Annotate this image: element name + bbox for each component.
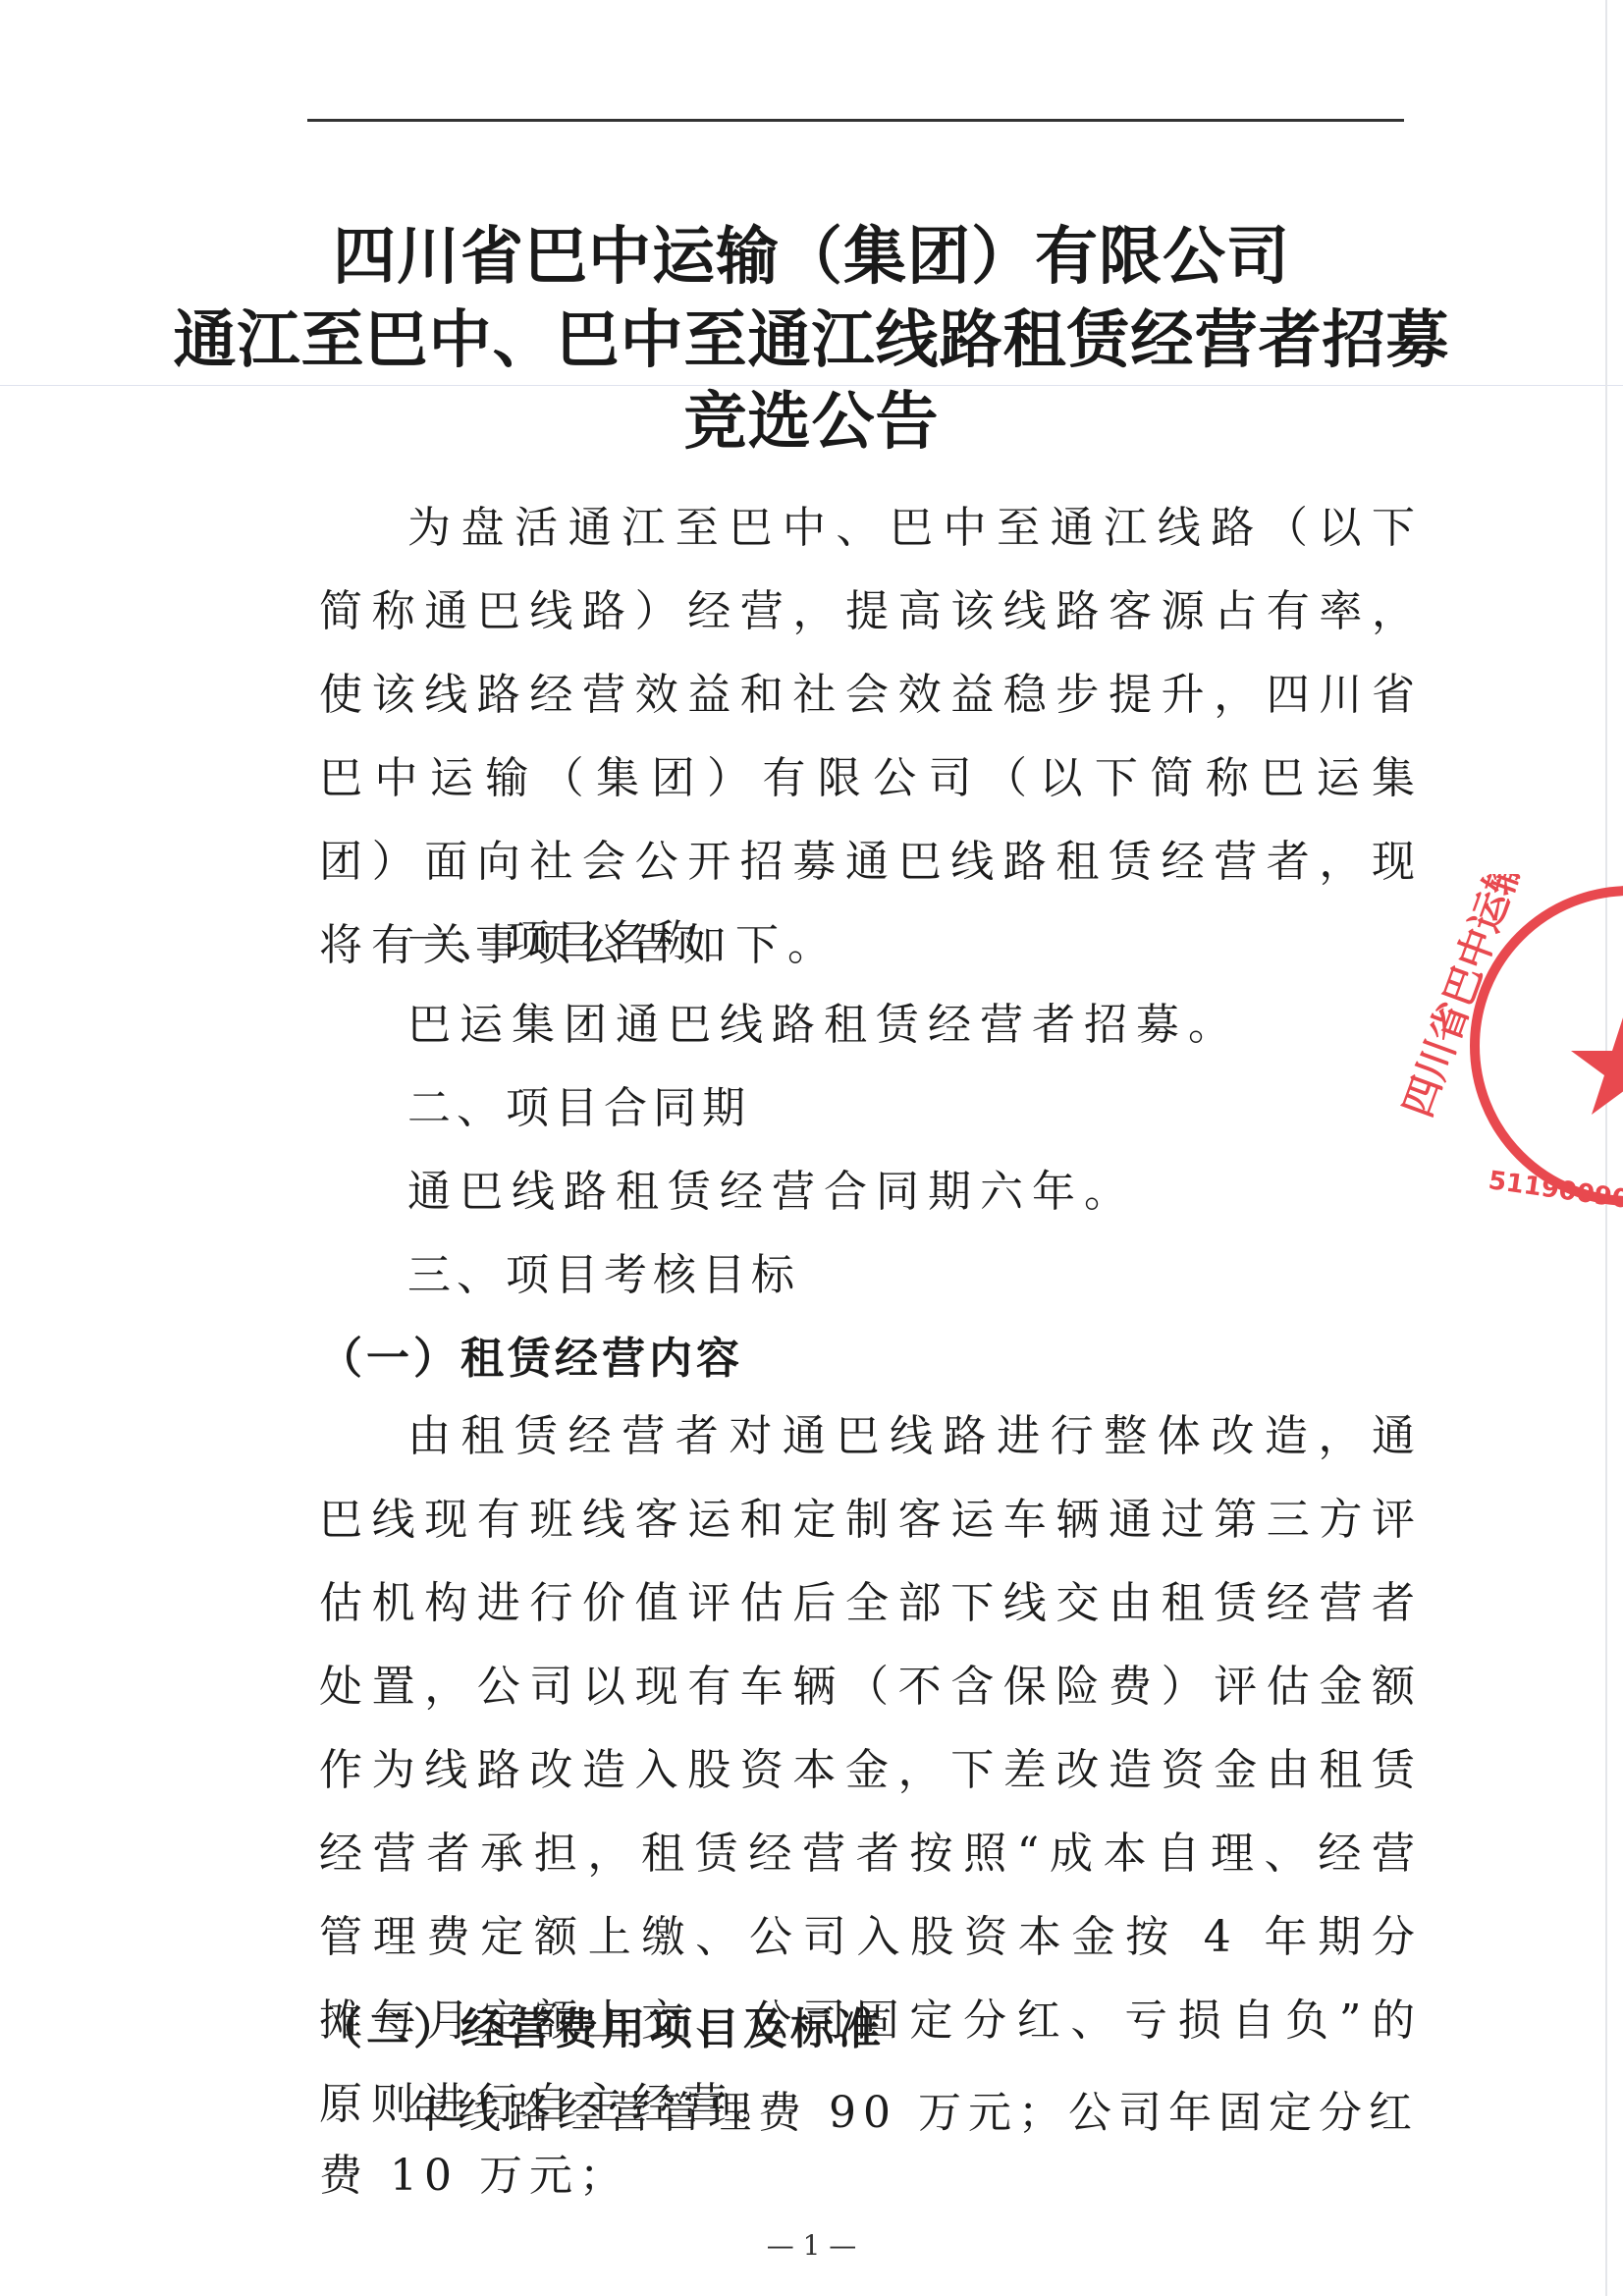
section-3-heading: 三、项目考核目标 xyxy=(407,1239,800,1302)
svg-text:51190090: 51190090 xyxy=(1487,1166,1623,1215)
seal-icon: 51190090 四川省巴中运输（集团 xyxy=(1370,874,1623,1218)
section-2-text: 通巴线路租赁经营合同期六年。 xyxy=(407,1156,1136,1219)
section-1-heading: 一、项目名称 xyxy=(407,905,702,968)
subsection-1-heading: （一）租赁经营内容 xyxy=(319,1323,743,1386)
header-rule xyxy=(307,119,1404,122)
subsection-2-text: 年线路经营管理费 90 万元；公司年固定分红费 10 万元； xyxy=(319,2077,1424,2203)
section-2-heading: 二、项目合同期 xyxy=(407,1072,751,1135)
subsection-2-heading: （二）经营费用项目及标准 xyxy=(319,1994,885,2056)
title-line-1: 四川省巴中运输（集团）有限公司 xyxy=(0,206,1623,297)
title-line-2: 通江至巴中、巴中至通江线路租赁经营者招募 xyxy=(0,290,1623,380)
section-1-text: 巴运集团通巴线路租赁经营者招募。 xyxy=(407,989,1240,1052)
page-number: — 1 — xyxy=(0,2229,1623,2262)
title-line-3: 竞选公告 xyxy=(0,371,1623,462)
company-seal: 51190090 四川省巴中运输（集团 xyxy=(1370,874,1623,1218)
